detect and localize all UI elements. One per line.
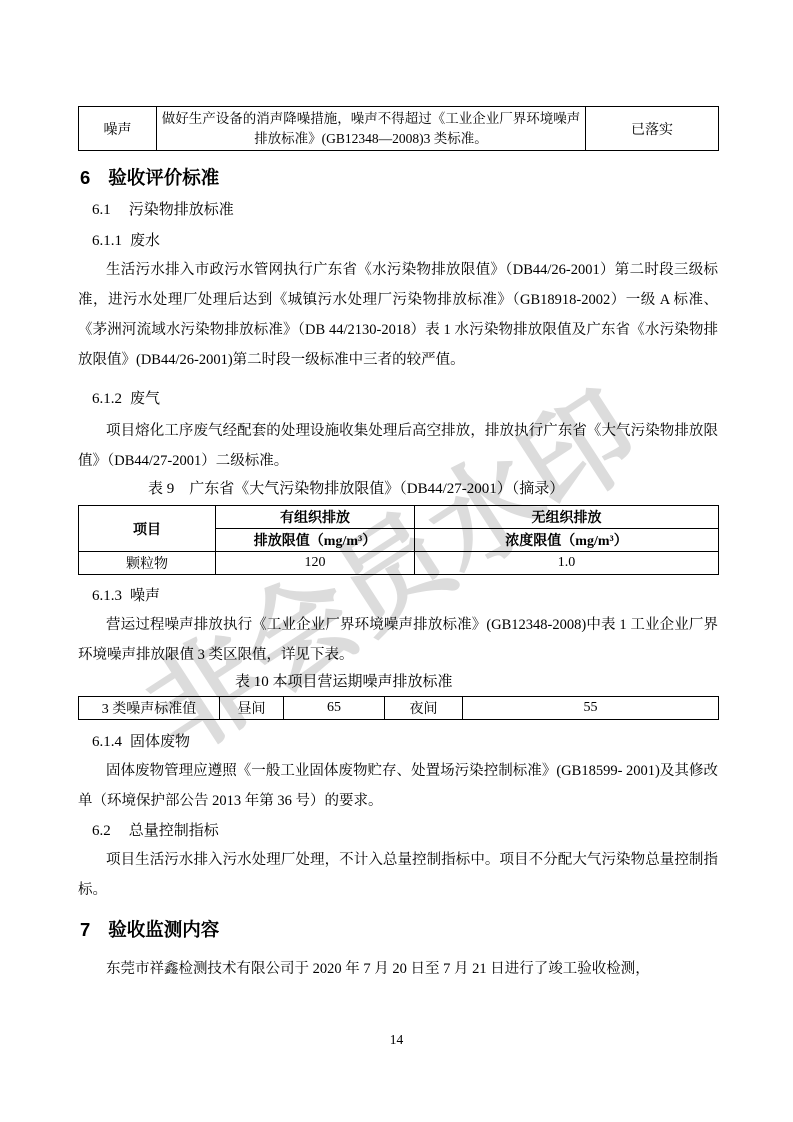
- table-row: 项目 有组织排放 无组织排放: [79, 506, 719, 529]
- section-title: 验收监测内容: [108, 919, 219, 940]
- noise-status-cell: 已落实: [586, 107, 719, 151]
- daytime-label-cell: 昼间: [220, 697, 284, 720]
- header-organized-limit: 排放限值（mg/m³）: [216, 529, 415, 552]
- section-6-1-1-heading: 6.1.1废水: [92, 232, 718, 250]
- section-title: 总量控制指标: [129, 823, 219, 839]
- section-number: 7: [80, 919, 90, 940]
- header-unorganized-limit: 浓度限值（mg/m³）: [415, 529, 719, 552]
- table-row: 颗粒物 120 1.0: [79, 552, 719, 575]
- table10-caption: 表 10 本项目营运期噪声排放标准: [235, 671, 718, 693]
- section-number: 6.2: [92, 823, 111, 839]
- noise-item-cell: 噪声: [79, 107, 157, 151]
- section-7-heading: 7验收监测内容: [80, 919, 718, 941]
- waste-gas-paragraph: 项目熔化工序废气经配套的处理设施收集处理后高空排放，排放执行广东省《大气污染物排…: [78, 416, 718, 476]
- section-title: 废水: [130, 233, 160, 249]
- section-6-heading: 6验收评价标准: [80, 167, 718, 189]
- table9-caption: 表 9 广东省《大气污染物排放限值》（DB44/27-2001）（摘录）: [148, 478, 718, 500]
- section-number: 6.1.2: [92, 391, 122, 407]
- noise-class-cell: 3 类噪声标准值: [79, 697, 220, 720]
- section-number: 6: [80, 167, 90, 188]
- section-title: 污染物排放标准: [129, 202, 234, 218]
- section-number: 6.1.4: [92, 734, 122, 750]
- section-title: 废气: [130, 391, 160, 407]
- section-6-2-heading: 6.2总量控制指标: [92, 822, 718, 840]
- table-row: 3 类噪声标准值 昼间 65 夜间 55: [79, 697, 719, 720]
- section-6-1-4-heading: 6.1.4固体废物: [92, 733, 718, 751]
- header-item: 项目: [79, 506, 216, 552]
- pollutant-cell: 颗粒物: [79, 552, 216, 575]
- table-row: 噪声 做好生产设备的消声降噪措施，噪声不得超过《工业企业厂界环境噪声排放标准》(…: [79, 107, 719, 151]
- total-control-paragraph: 项目生活污水排入污水处理厂处理，不计入总量控制指标中。项目不分配大气污染物总量控…: [78, 845, 718, 905]
- air-emission-limits-table: 项目 有组织排放 无组织排放 排放限值（mg/m³） 浓度限值（mg/m³） 颗…: [78, 505, 719, 575]
- section-6-1-3-heading: 6.1.3噪声: [92, 587, 718, 605]
- section-number: 6.1: [92, 202, 111, 218]
- page-content: 噪声 做好生产设备的消声降噪措施，噪声不得超过《工业企业厂界环境噪声排放标准》(…: [78, 0, 718, 984]
- night-label-cell: 夜间: [385, 697, 463, 720]
- section-6-1-2-heading: 6.1.2废气: [92, 390, 718, 408]
- section-title: 验收评价标准: [108, 167, 219, 188]
- header-unorganized: 无组织排放: [415, 506, 719, 529]
- night-value-cell: 55: [463, 697, 719, 720]
- page-number: 14: [0, 1032, 793, 1048]
- section-number: 6.1.3: [92, 588, 122, 604]
- section-title: 固体废物: [130, 734, 190, 750]
- header-organized: 有组织排放: [216, 506, 415, 529]
- unorganized-value-cell: 1.0: [415, 552, 719, 575]
- wastewater-paragraph: 生活污水排入市政污水管网执行广东省《水污染物排放限值》（DB44/26-2001…: [78, 255, 718, 375]
- noise-paragraph: 营运过程噪声排放执行《工业企业厂界环境噪声排放标准》(GB12348-2008)…: [78, 610, 718, 670]
- mitigation-implementation-table: 噪声 做好生产设备的消声降噪措施，噪声不得超过《工业企业厂界环境噪声排放标准》(…: [78, 106, 719, 151]
- document-page: 非会员水印 噪声 做好生产设备的消声降噪措施，噪声不得超过《工业企业厂界环境噪声…: [0, 0, 793, 1122]
- solid-waste-paragraph: 固体废物管理应遵照《一般工业固体废物贮存、处置场污染控制标准》(GB18599-…: [78, 756, 718, 816]
- monitoring-paragraph: 东莞市祥鑫检测技术有限公司于 2020 年 7 月 20 日至 7 月 21 日…: [78, 954, 718, 984]
- noise-measure-cell: 做好生产设备的消声降噪措施，噪声不得超过《工业企业厂界环境噪声排放标准》(GB1…: [157, 107, 586, 151]
- noise-standard-table: 3 类噪声标准值 昼间 65 夜间 55: [78, 696, 719, 720]
- organized-value-cell: 120: [216, 552, 415, 575]
- section-number: 6.1.1: [92, 233, 122, 249]
- section-title: 噪声: [130, 588, 160, 604]
- daytime-value-cell: 65: [284, 697, 385, 720]
- section-6-1-heading: 6.1污染物排放标准: [92, 201, 718, 219]
